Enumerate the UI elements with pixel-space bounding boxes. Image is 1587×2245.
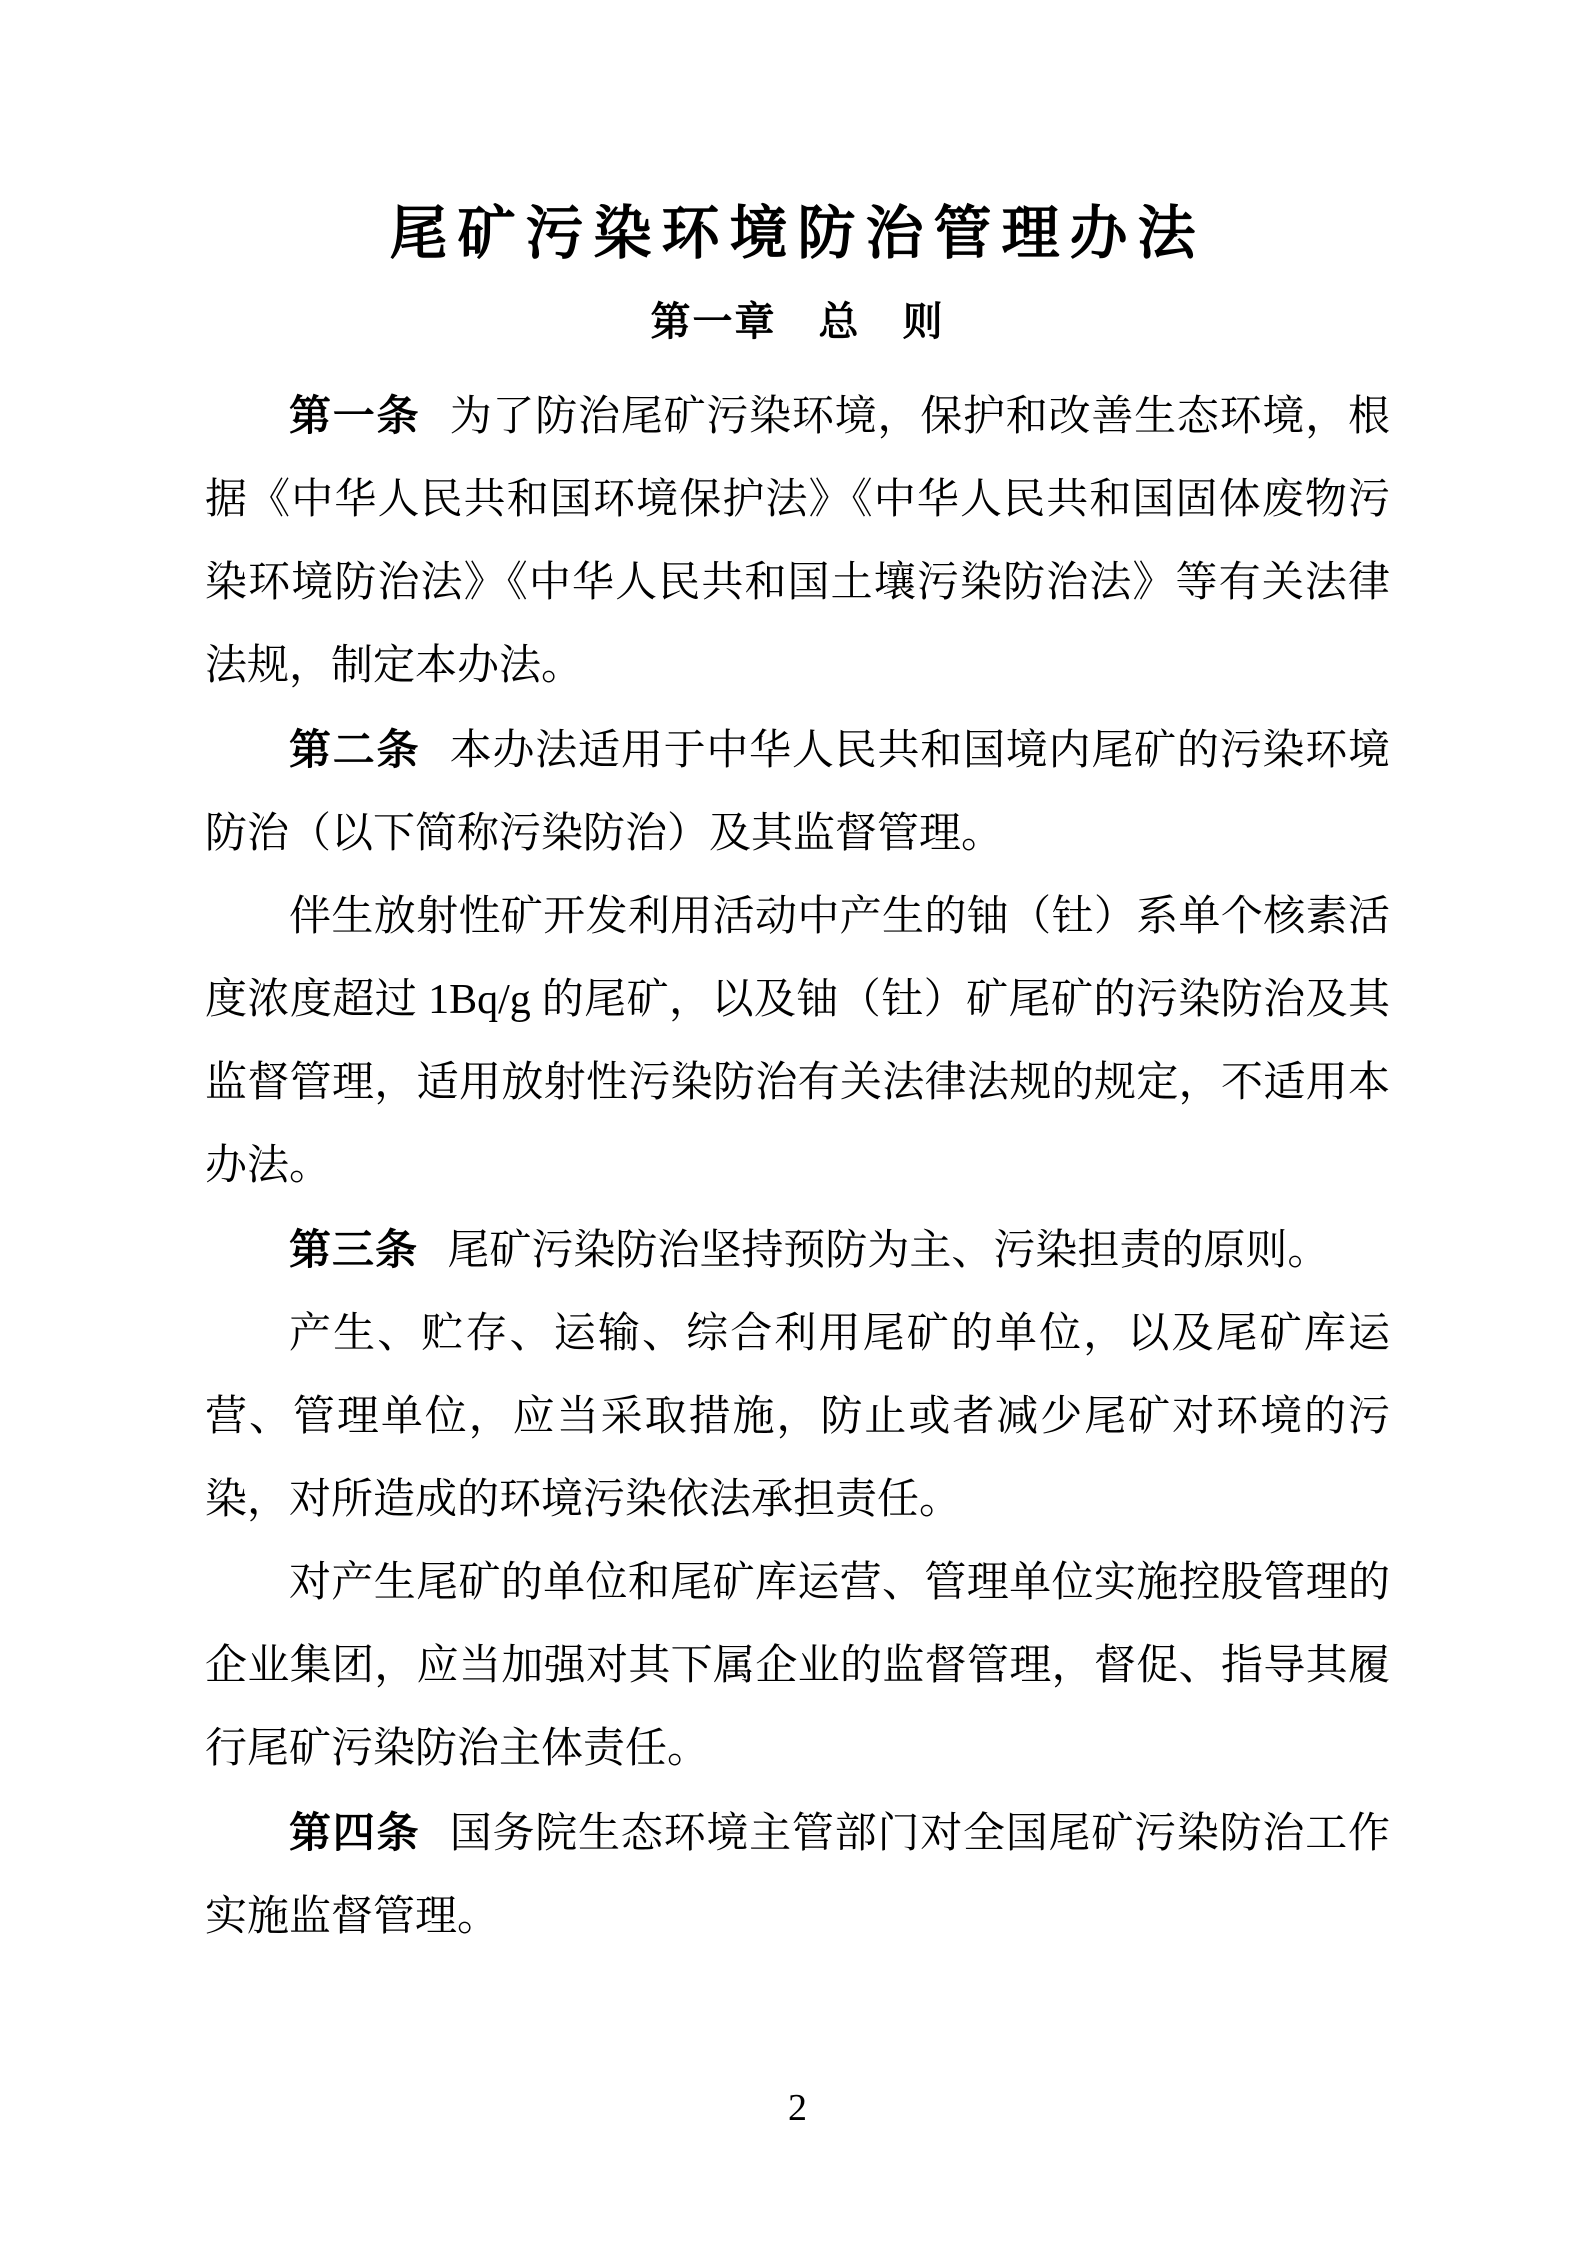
- paragraph: 第一条为了防治尾矿污染环境，保护和改善生态环境，根据《中华人民共和国环境保护法》…: [205, 374, 1390, 708]
- paragraph: 第四条国务院生态环境主管部门对全国尾矿污染防治工作实施监督管理。: [205, 1791, 1390, 1959]
- article-number: 第四条: [289, 1809, 420, 1856]
- paragraph-text: 伴生放射性矿开发利用活动中产生的铀（钍）系单个核素活度浓度超过 1Bq/g 的尾…: [205, 894, 1390, 1189]
- paragraph-text: 产生、贮存、运输、综合利用尾矿的单位，以及尾矿库运营、管理单位，应当采取措施，防…: [205, 1311, 1390, 1523]
- article-number: 第一条: [289, 392, 420, 439]
- article-number: 第二条: [289, 726, 420, 773]
- document-title: 尾矿污染环境防治管理办法: [205, 198, 1390, 271]
- paragraph-text: 对产生尾矿的单位和尾矿库运营、管理单位实施控股管理的企业集团，应当加强对其下属企…: [205, 1560, 1390, 1772]
- article-number: 第三条: [289, 1226, 418, 1273]
- chapter-heading: 第一章 总 则: [205, 297, 1390, 347]
- document-page: 尾矿污染环境防治管理办法 第一章 总 则 第一条为了防治尾矿污染环境，保护和改善…: [0, 0, 1587, 2245]
- page-number: 2: [205, 2088, 1390, 2130]
- document-body: 第一条为了防治尾矿污染环境，保护和改善生态环境，根据《中华人民共和国环境保护法》…: [205, 374, 1390, 1959]
- paragraph: 产生、贮存、运输、综合利用尾矿的单位，以及尾矿库运营、管理单位，应当采取措施，防…: [205, 1293, 1390, 1542]
- paragraph: 对产生尾矿的单位和尾矿库运营、管理单位实施控股管理的企业集团，应当加强对其下属企…: [205, 1542, 1390, 1791]
- paragraph: 第二条本办法适用于中华人民共和国境内尾矿的污染环境防治（以下简称污染防治）及其监…: [205, 708, 1390, 876]
- paragraph: 伴生放射性矿开发利用活动中产生的铀（钍）系单个核素活度浓度超过 1Bq/g 的尾…: [205, 876, 1390, 1208]
- paragraph-text: 尾矿污染防治坚持预防为主、污染担责的原则。: [447, 1228, 1329, 1274]
- paragraph: 第三条尾矿污染防治坚持预防为主、污染担责的原则。: [205, 1208, 1390, 1293]
